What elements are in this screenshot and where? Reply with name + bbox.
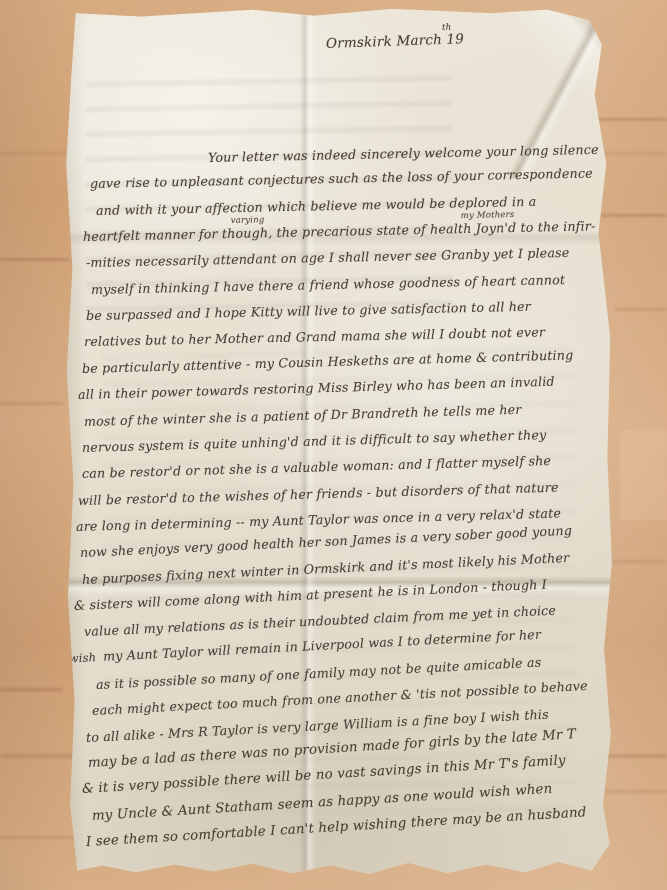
letter-line: most of the winter she is a patient of D… bbox=[84, 402, 522, 429]
letter-line: can be restor'd or not she is a valuable… bbox=[82, 453, 552, 481]
letter-line: gave rise to unpleasant conjectures such… bbox=[90, 165, 593, 191]
letter-line: myself in thinking I have there a friend… bbox=[91, 272, 565, 297]
dateline-day-suffix: th bbox=[442, 23, 452, 33]
wood-grain-streak bbox=[620, 430, 667, 520]
wood-grain-streak bbox=[0, 258, 70, 261]
dateline: Ormskirk March th 19 bbox=[326, 31, 465, 52]
letter-line: relatives but to her Mother and Grand ma… bbox=[84, 324, 545, 349]
inserted-word: my Mothers bbox=[461, 210, 515, 221]
letter-line: be particularly attentive - my Cousin He… bbox=[82, 347, 574, 376]
letter-line: nervous system is quite unhing'd and it … bbox=[82, 427, 547, 455]
dateline-day: th 19 bbox=[446, 31, 464, 48]
inserted-word: varying bbox=[231, 215, 265, 226]
wood-grain-streak bbox=[600, 214, 667, 217]
letter-line: all in their power towards restoring Mis… bbox=[78, 374, 555, 402]
wood-grain-streak bbox=[0, 836, 80, 839]
letter-line: Your letter was indeed sincerely welcome… bbox=[208, 142, 599, 165]
wood-grain-streak bbox=[0, 688, 62, 691]
letter-paper: Ormskirk March th 19 Your letter was ind… bbox=[58, 8, 614, 874]
dateline-place: Ormskirk March bbox=[326, 32, 443, 52]
letter-line: -mities necessarily attendant on age I s… bbox=[86, 245, 570, 270]
letter-line: be surpassed and I hope Kitty will live … bbox=[86, 299, 531, 323]
wood-grain-streak bbox=[615, 308, 667, 311]
wood-grain-streak bbox=[0, 402, 64, 405]
handwritten-text: Ormskirk March th 19 Your letter was ind… bbox=[58, 8, 614, 874]
letter-line: varying my Mothers heartfelt manner for … bbox=[83, 218, 596, 244]
wood-grain-streak bbox=[610, 560, 667, 563]
letter-line: will be restor'd to the wishes of her fr… bbox=[78, 480, 559, 508]
